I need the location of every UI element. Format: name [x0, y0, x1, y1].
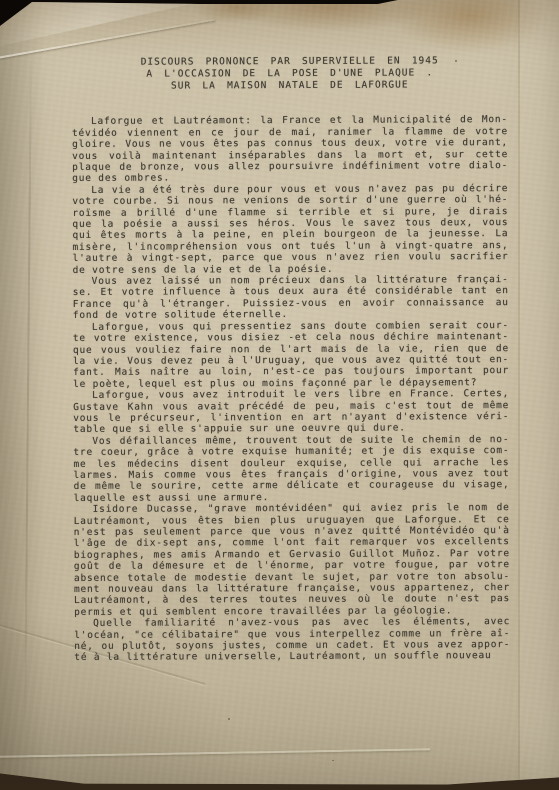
paragraph: La vie a été très dure pour vous et vous… — [72, 183, 508, 276]
scanned-document-photo: DISCOURS PRONONCE PAR SUPERVIELLE EN 194… — [0, 0, 559, 790]
paper-edge-right — [518, 0, 559, 790]
paper-sheet: DISCOURS PRONONCE PAR SUPERVIELLE EN 194… — [0, 0, 559, 790]
document-title: DISCOURS PRONONCE PAR SUPERVIELLE EN 194… — [72, 55, 508, 92]
paper-speck — [332, 760, 334, 761]
paragraph: Laforgue, vous qui pressentiez sans dout… — [73, 320, 509, 390]
title-line: SUR LA MAISON NATALE DE LAFORGUE — [72, 79, 508, 93]
paper-speck — [228, 718, 230, 720]
text-line: té à la littérature universelle, Lautréa… — [74, 651, 510, 664]
paper-fold-bottom — [0, 748, 430, 758]
text-line: France qu'à l'étranger. Puissiez-vous en… — [73, 297, 509, 310]
paper-crease-left-vertical — [24, 50, 32, 740]
paper-fold-top-left — [0, 0, 210, 46]
paragraph: Quelle familiarité n'avez-vous pas avec … — [74, 616, 510, 664]
typewritten-document: DISCOURS PRONONCE PAR SUPERVIELLE EN 194… — [72, 55, 511, 664]
paragraph: Laforgue et Lautréamont: la France et la… — [72, 114, 508, 184]
paragraph: Isidore Ducasse, "grave montévidéen" qui… — [74, 502, 510, 618]
paragraph: Vos défaillances même, trouvent tout de … — [73, 434, 509, 504]
paragraph: Vous avez laissé un nom précieux dans la… — [73, 274, 509, 322]
paragraph: Laforgue, vous avez introduit le vers li… — [73, 388, 509, 436]
text-line: l'autre à vingt-sept, parce que vous n'a… — [73, 251, 509, 264]
document-body: Laforgue et Lautréamont: la France et la… — [72, 114, 510, 663]
text-line: de même le sourire, cette arme délicate … — [74, 479, 510, 492]
paper-crease-top-left — [0, 18, 215, 59]
